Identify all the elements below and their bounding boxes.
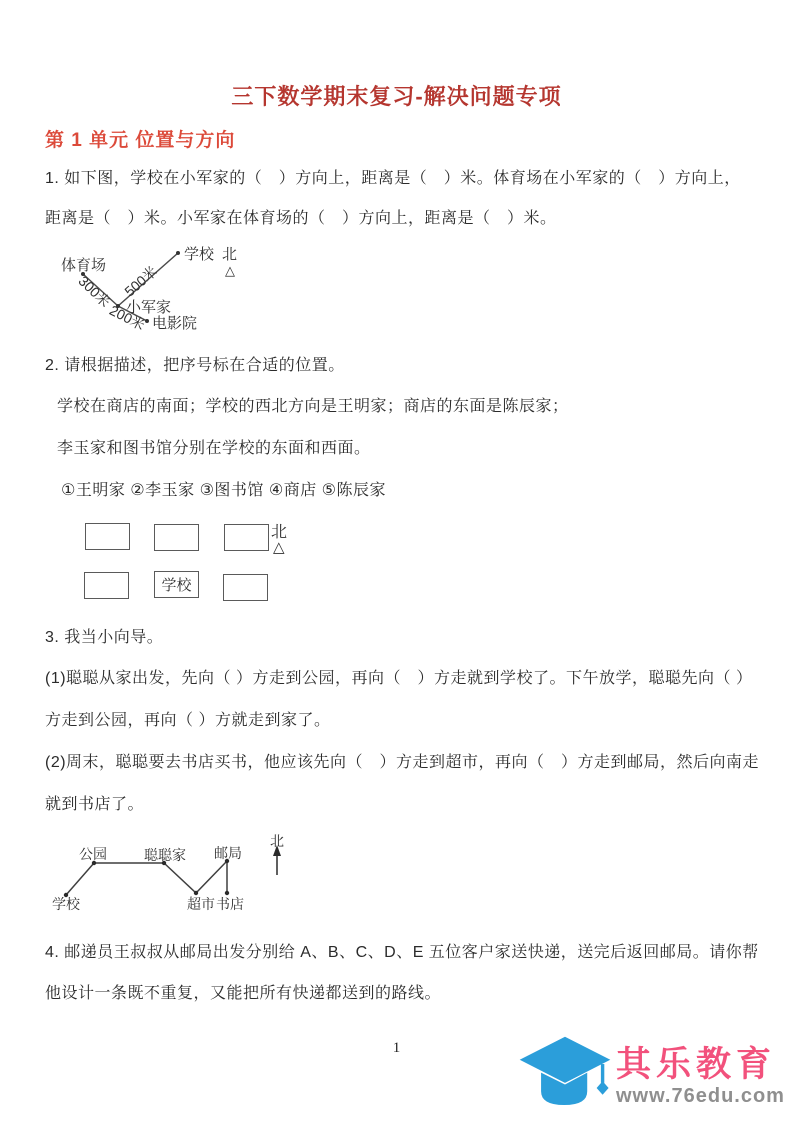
north-arrow-icon [273, 845, 281, 875]
q4-line-1: 4. 邮递员王叔叔从邮局出发分别给 A、B、C、D、E 五位客户家送快递，送完后… [45, 943, 759, 963]
logo-brand-name: 其乐教育 [616, 1045, 785, 1085]
q3-part2-line1: (2)周末，聪聪要去书店买书，他应该先向（ ）方走到超市，再向（ ）方走到邮局，… [45, 753, 759, 773]
route-dots [64, 859, 229, 897]
q2-options: ①王明家 ②李玉家 ③图书馆 ④商店 ⑤陈辰家 [61, 481, 386, 501]
page-title: 三下数学期末复习-解决问题专项 [0, 80, 793, 111]
worksheet-page: 三下数学期末复习-解决问题专项 第 1 单元 位置与方向 1. 如下图，学校在小… [0, 0, 793, 1122]
stadium-label: 体育场 [61, 256, 106, 274]
supermarket-label: 超市 [187, 896, 215, 912]
q1-line-2: 距离是（ ）米。小军家在体育场的（ ）方向上，距离是（ ）米。 [45, 209, 557, 229]
q3-route-diagram: 公园 聪聪家 邮局 学校 超市 书店 北 [45, 830, 297, 920]
answer-box-1 [85, 523, 130, 550]
q3-part1-line2: 方走到公园，再向（ ）方就走到家了。 [45, 711, 330, 731]
post-office-label: 邮局 [214, 845, 242, 861]
school-label: 学校 [52, 896, 81, 912]
park-label: 公园 [79, 846, 107, 862]
logo-website-url: www.76edu.com [616, 1085, 785, 1107]
answer-box-2 [154, 524, 199, 551]
q2-line-1: 2. 请根据描述，把序号标在合适的位置。 [45, 356, 345, 376]
q1-line-1: 1. 如下图，学校在小军家的（ ）方向上，距离是（ ）米。体育场在小军家的（ ）… [45, 169, 741, 189]
congcong-home-label: 聪聪家 [144, 847, 186, 863]
q2-desc-2: 李玉家和图书馆分别在学校的东面和西面。 [57, 439, 371, 459]
bookstore-label: 书店 [216, 896, 244, 912]
answer-box-3 [224, 524, 269, 551]
north-arrow-icon: △ [273, 538, 285, 556]
school-box: 学校 [154, 571, 199, 598]
school-label: 学校 [184, 245, 215, 263]
answer-box-4 [84, 572, 129, 599]
q3-part1-line1: (1)聪聪从家出发，先向（ ）方走到公园，再向（ ）方走就到学校了。下午放学，聪… [45, 669, 752, 689]
graduation-cap-icon [518, 1034, 612, 1118]
north-label: 北 [222, 246, 237, 263]
q3-part2-line2: 就到书店了。 [45, 795, 144, 815]
distance-500-label: 500米 [121, 263, 160, 300]
q1-map-diagram: 体育场 学校 北 △ 小军家 电影院 300米 500米 200米 [45, 243, 270, 345]
answer-box-5 [223, 574, 268, 601]
north-arrow-icon: △ [225, 263, 235, 278]
cinema-label: 电影院 [152, 314, 197, 332]
q2-grid-diagram: 学校 北 △ [84, 518, 299, 606]
distance-300-label: 300米 [75, 273, 113, 310]
publisher-logo: 其乐教育 www.76edu.com [518, 1032, 793, 1120]
logo-text-block: 其乐教育 www.76edu.com [616, 1045, 785, 1107]
route-lines [66, 861, 227, 895]
q4-line-2: 他设计一条既不重复，又能把所有快递都送到的路线。 [45, 984, 441, 1004]
q2-desc-1: 学校在商店的南面；学校的西北方向是王明家；商店的东面是陈辰家； [57, 397, 569, 417]
q3-line-1: 3. 我当小向导。 [45, 628, 163, 648]
section-heading: 第 1 单元 位置与方向 [45, 125, 235, 152]
